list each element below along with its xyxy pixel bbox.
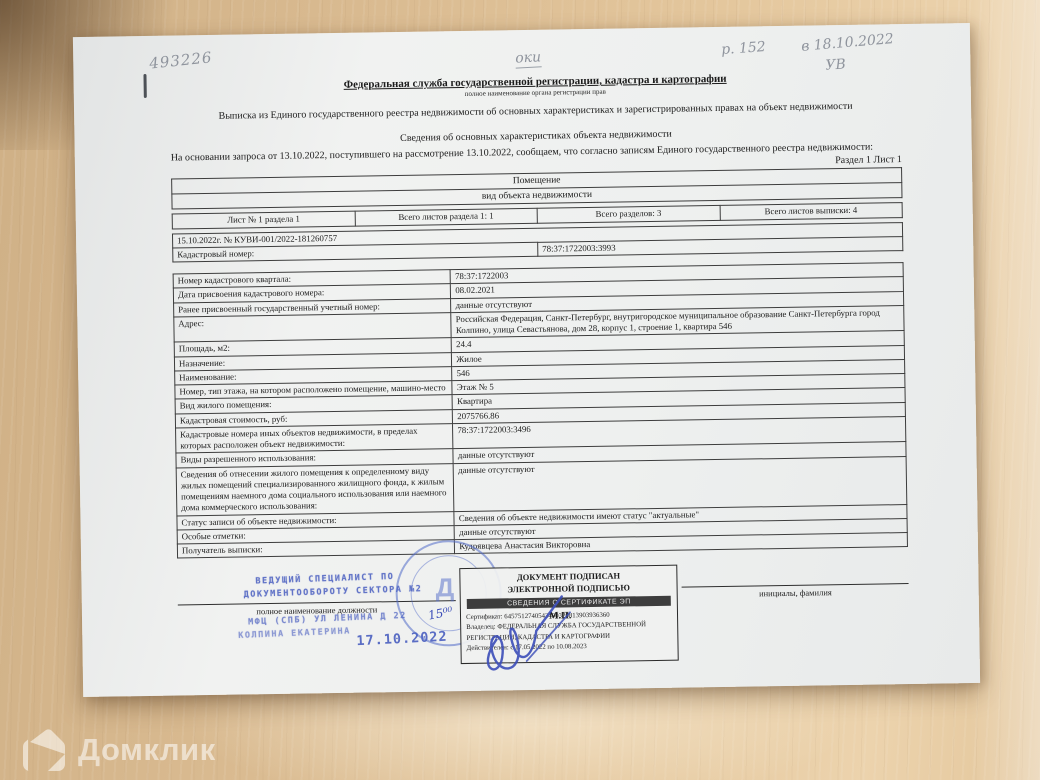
seal-letter-glyph: Д [435, 572, 454, 603]
row-label: Сведения об отнесении жилого помещения к… [176, 463, 454, 515]
desk-glare-right [970, 0, 1040, 780]
object-details-table: Номер кадастрового квартала:78:37:172200… [173, 262, 908, 559]
handwritten-note-right-3: УВ [825, 56, 846, 73]
document-title: Выписка из Единого государственного реес… [170, 100, 901, 122]
signature-block: полное наименование должности М.П. ДОКУМ… [177, 559, 910, 688]
handwritten-note-center: оки [515, 49, 542, 68]
name-caption: инициалы, фамилия [682, 586, 909, 600]
handwritten-note-right-1: р. 152 [721, 39, 767, 58]
row-value: данные отсутствуют [454, 456, 907, 511]
brand-watermark: Домклик [22, 728, 216, 772]
document-sheet: 493226 оки р. 152 в 18.10.2022 УВ Федера… [73, 23, 980, 697]
domklik-house-icon [22, 728, 66, 772]
pen-tick-mark [143, 74, 146, 98]
signature-squiggle-icon [466, 590, 597, 678]
brand-name: Домклик [78, 732, 216, 768]
